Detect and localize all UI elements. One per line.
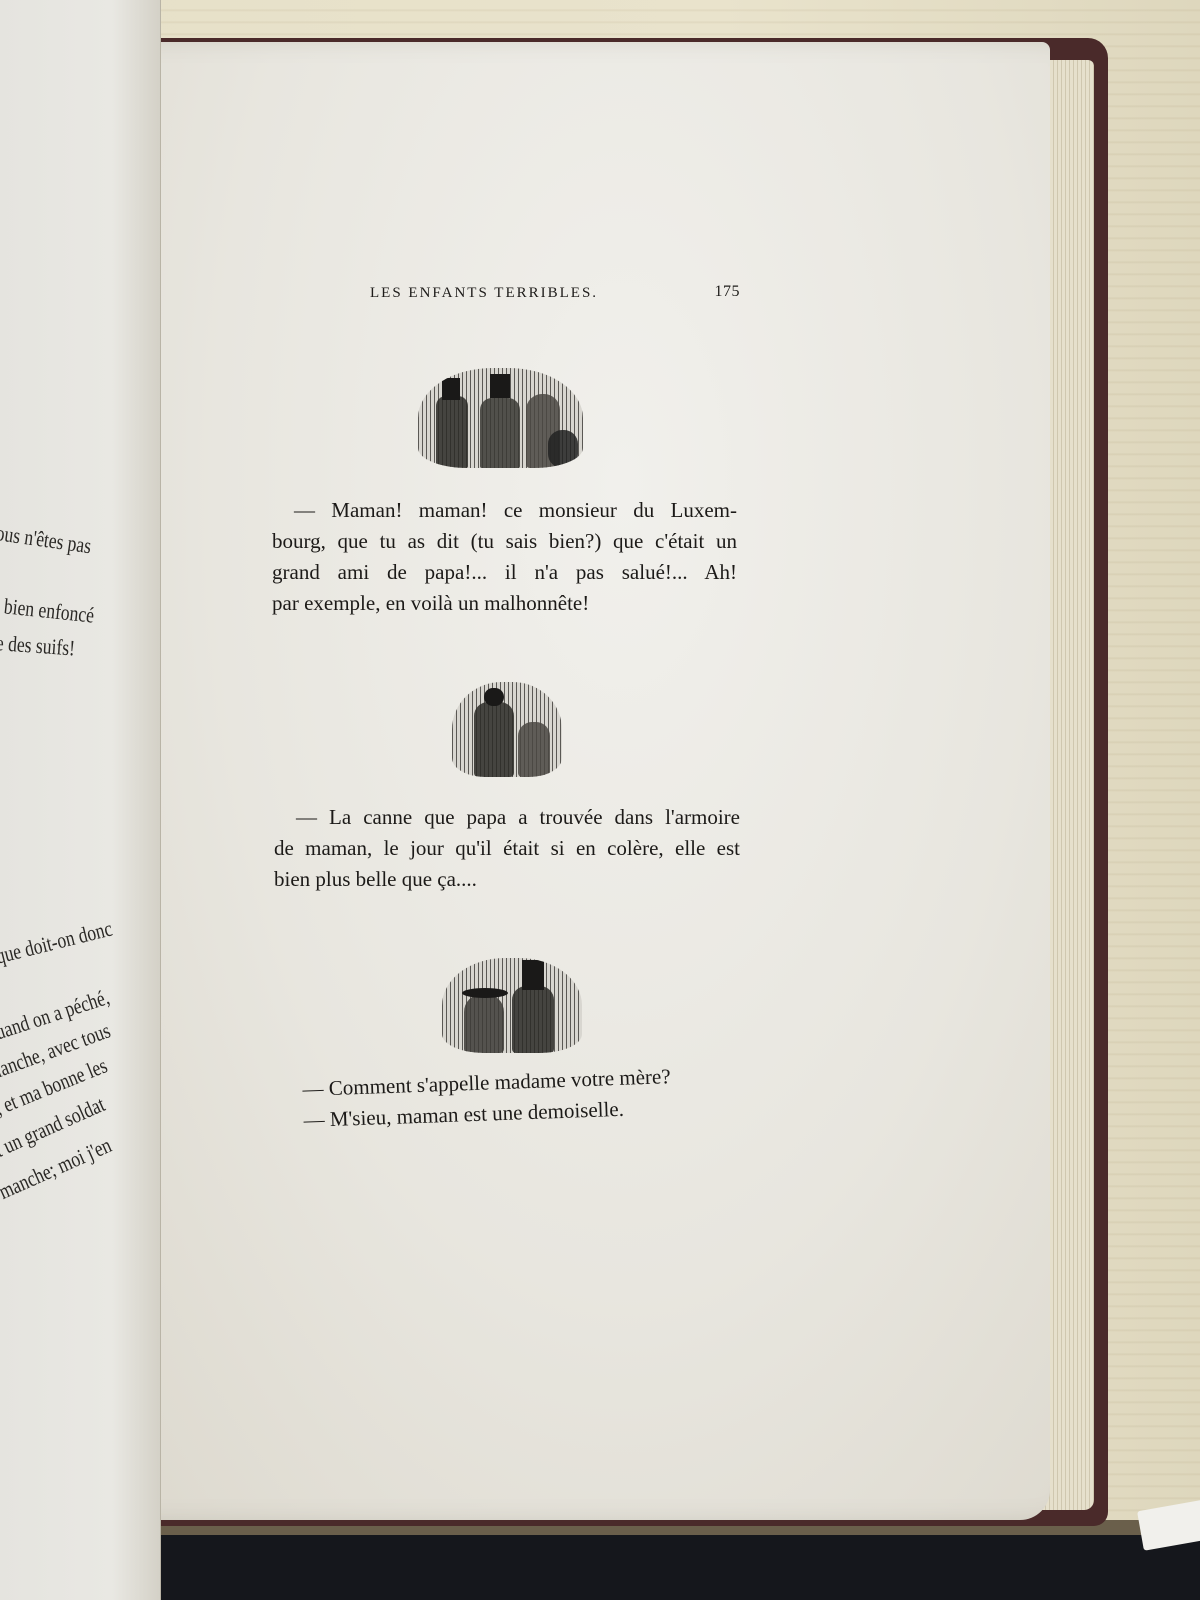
left-fragment-3: e des suifs!	[0, 630, 76, 661]
passage-1-line-3: grand ami de papa!... il n'a pas salué!.…	[272, 557, 737, 588]
passage-2-line-3: bien plus belle que ça....	[274, 864, 740, 895]
dark-cloth	[160, 1535, 1200, 1600]
passage-1: — Maman! maman! ce monsieur du Luxem- bo…	[272, 495, 737, 619]
left-fragment-2: a bien enfoncé	[0, 592, 95, 629]
passage-1-line-4: par exemple, en voilà un malhonnête!	[272, 588, 737, 619]
running-head-title: LES ENFANTS TERRIBLES.	[370, 285, 598, 302]
passage-1-line-2: bourg, que tu as dit (tu sais bien?) que…	[272, 526, 737, 557]
illustration-woman-and-man	[442, 958, 582, 1053]
passage-2-line-2: de maman, le jour qu'il était si en colè…	[274, 833, 740, 864]
right-page	[100, 42, 1050, 1520]
left-fragment-4: que doit-on donc	[0, 916, 115, 970]
page-number: 175	[715, 283, 741, 301]
illustration-three-figures	[418, 368, 583, 468]
illustration-man-and-child	[452, 682, 562, 777]
left-page: ous n'êtes pas a bien enfoncé e des suif…	[0, 0, 161, 1600]
left-fragment-1: ous n'êtes pas	[0, 520, 93, 559]
passage-2: — La canne que papa a trouvée dans l'arm…	[274, 802, 740, 895]
passage-1-line-1: — Maman! maman! ce monsieur du Luxem-	[272, 495, 737, 526]
passage-2-line-1: — La canne que papa a trouvée dans l'arm…	[274, 802, 740, 833]
